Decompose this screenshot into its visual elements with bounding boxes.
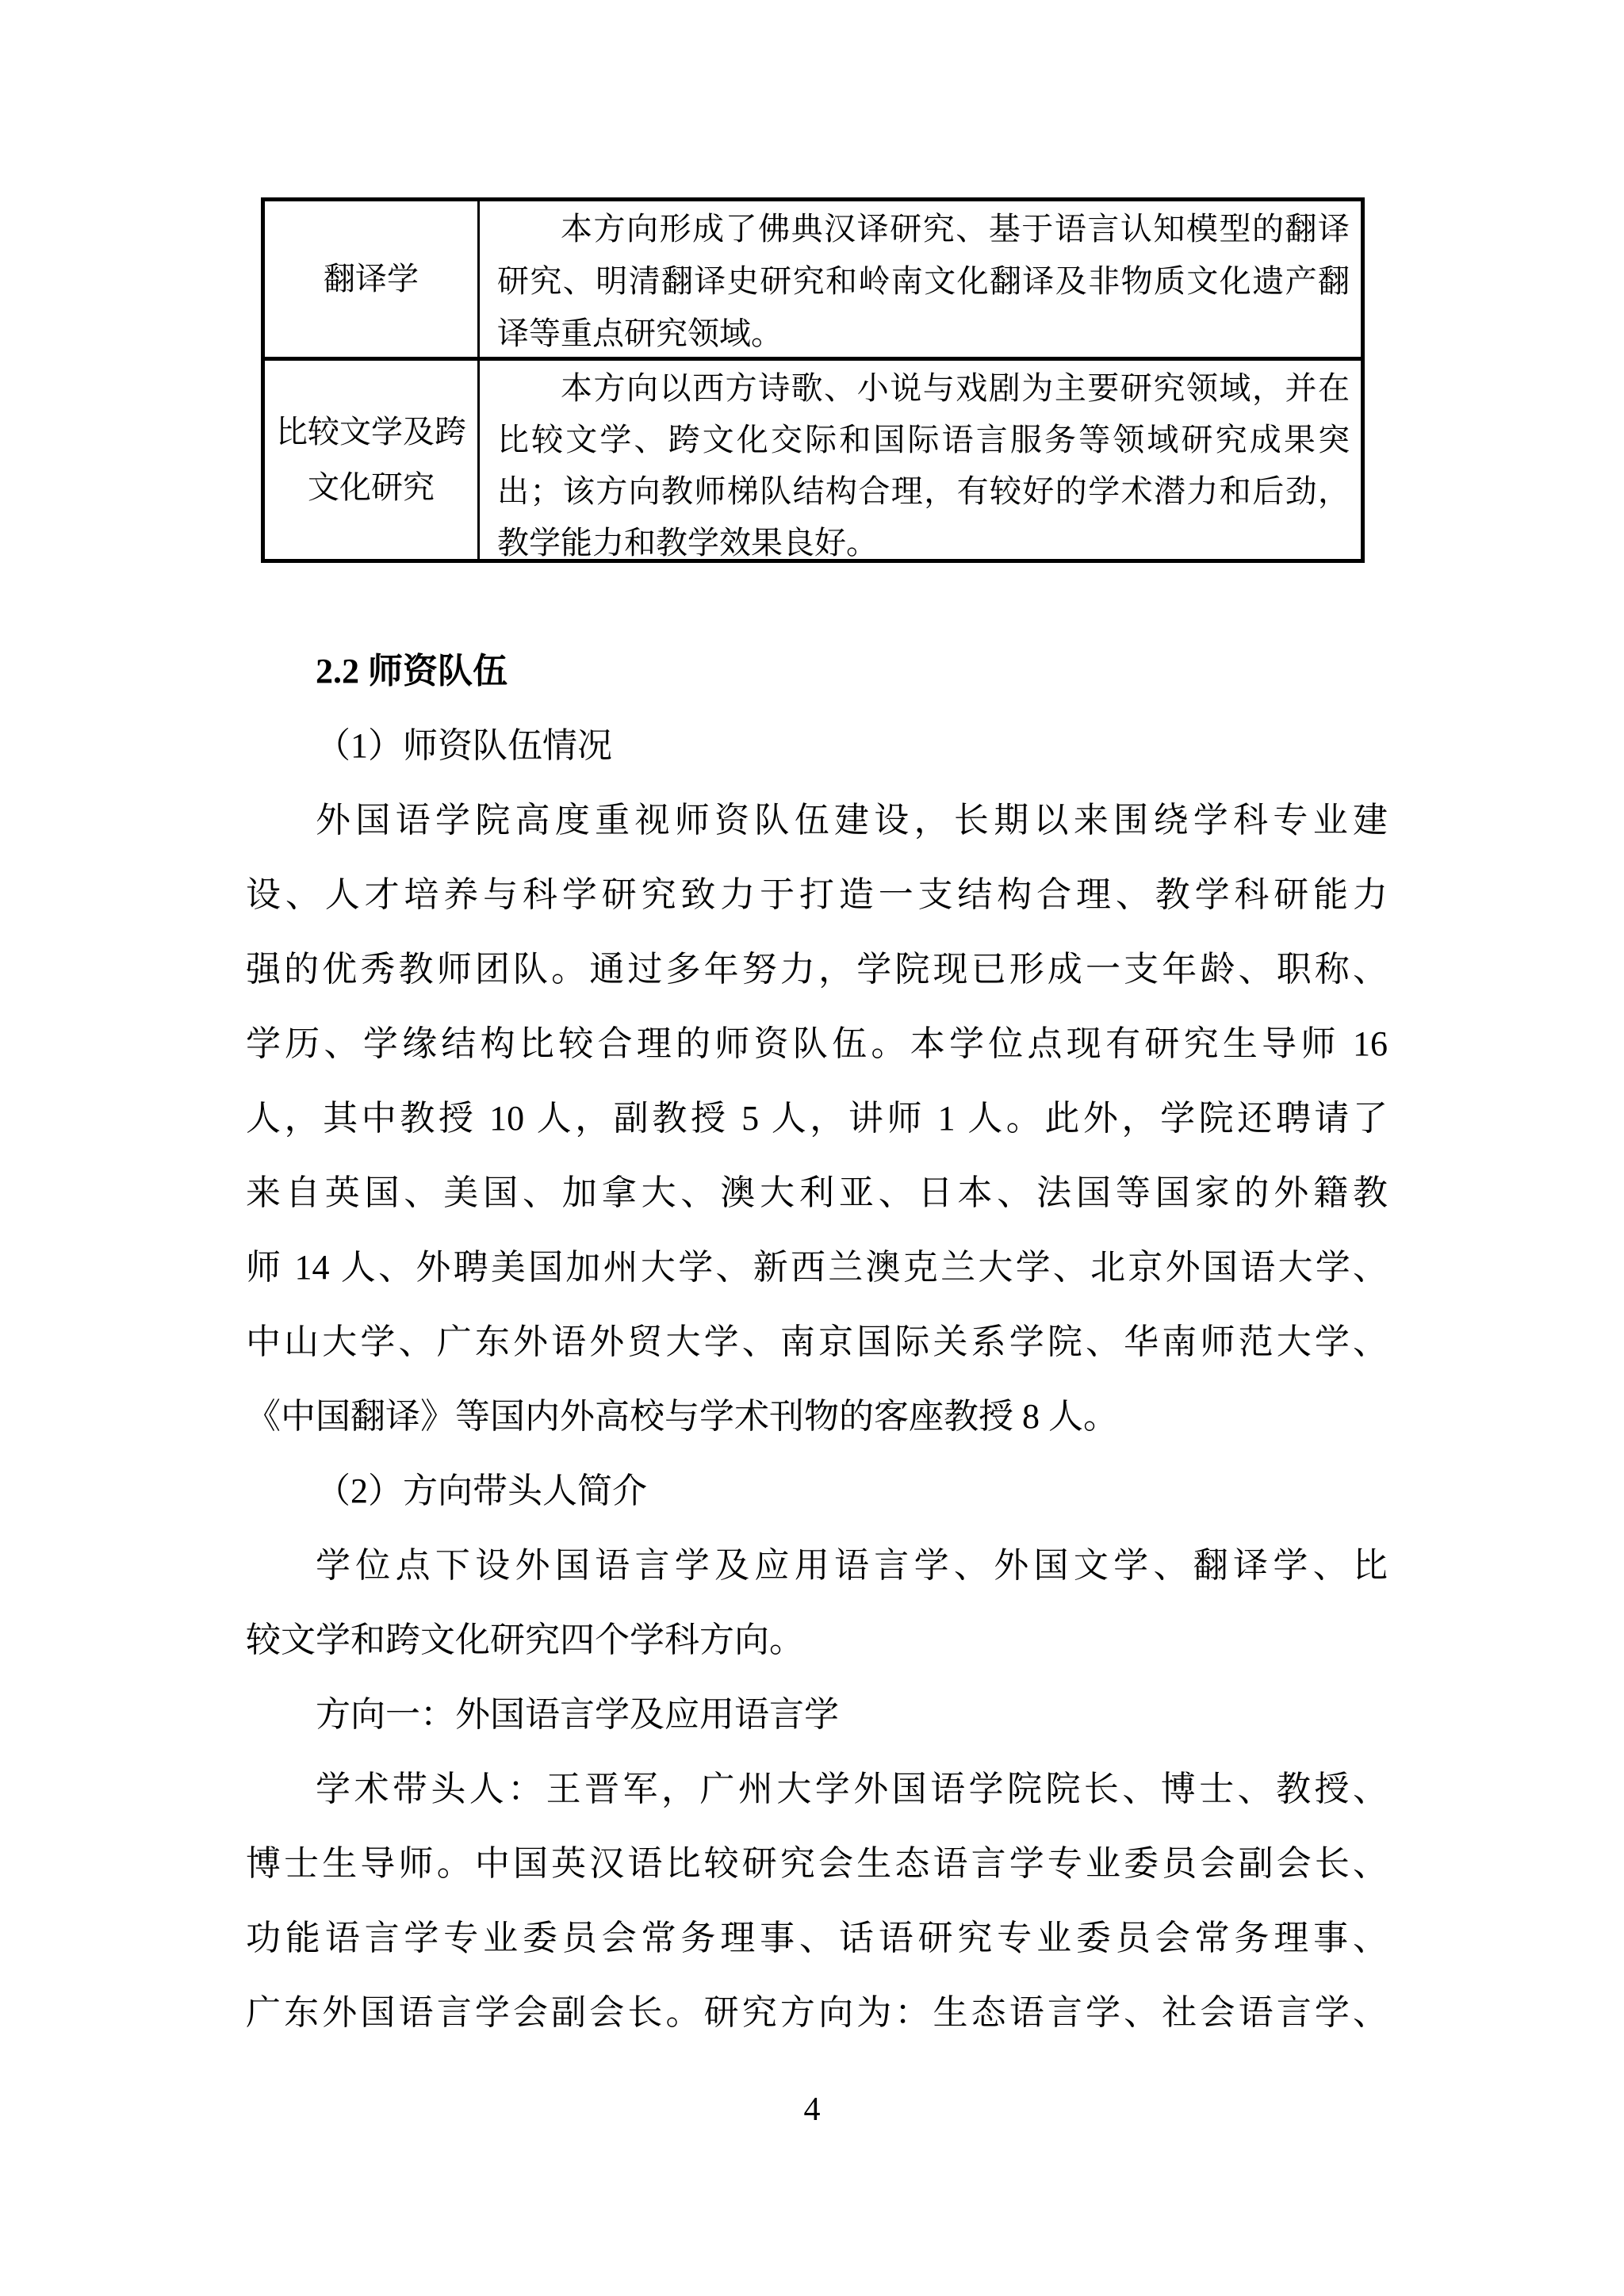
body-line: （1）师资队伍情况 (246, 709, 1388, 783)
direction-name-line: 文化研究 (308, 460, 435, 515)
body-line: 博士生导师。中国英汉语比较研究会生态语言学专业委员会副会长、 (246, 1827, 1388, 1901)
direction-description-cell: 本方向以西方诗歌、小说与戏剧为主要研究领域，并在比较文学、跨文化交际和国际语言服… (480, 361, 1361, 559)
description-line: 本方向形成了佛典汉译研究、基于语言认知模型的翻译 (497, 203, 1350, 255)
body-line: 学术带头人：王晋军，广州大学外国语学院院长、博士、教授、 (246, 1752, 1388, 1827)
research-directions-table: 翻译学 本方向形成了佛典汉译研究、基于语言认知模型的翻译研究、明清翻译史研究和岭… (261, 197, 1365, 563)
description-line: 本方向以西方诗歌、小说与戏剧为主要研究领域，并在 (497, 362, 1350, 414)
table-row: 比较文学及跨文化研究 本方向以西方诗歌、小说与戏剧为主要研究领域，并在比较文学、… (265, 361, 1361, 559)
document-page: 翻译学 本方向形成了佛典汉译研究、基于语言认知模型的翻译研究、明清翻译史研究和岭… (0, 0, 1624, 2296)
body-line: 学历、学缘结构比较合理的师资队伍。本学位点现有研究生导师 16 (246, 1007, 1388, 1081)
body-line: 人，其中教授 10 人，副教授 5 人，讲师 1 人。此外，学院还聘请了 (246, 1081, 1388, 1156)
body-line: 师 14 人、外聘美国加州大学、新西兰澳克兰大学、北京外国语大学、 (246, 1230, 1388, 1305)
description-line: 出；该方向教师梯队结构合理，有较好的学术潜力和后劲， (497, 465, 1350, 517)
description-line: 比较文学、跨文化交际和国际语言服务等领域研究成果突 (497, 414, 1350, 465)
body-line: 较文学和跨文化研究四个学科方向。 (246, 1603, 1388, 1678)
direction-name-line: 翻译学 (324, 251, 419, 307)
body-line: 功能语言学专业委员会常务理事、话语研究专业委员会常务理事、 (246, 1901, 1388, 1976)
body-line: 2.2 师资队伍 (246, 634, 1388, 709)
direction-name-cell: 比较文学及跨文化研究 (265, 361, 480, 559)
body-line: 中山大学、广东外语外贸大学、南京国际关系学院、华南师范大学、 (246, 1305, 1388, 1380)
description-line: 教学能力和教学效果良好。 (497, 517, 1350, 568)
body-line: 来自英国、美国、加拿大、澳大利亚、日本、法国等国家的外籍教 (246, 1156, 1388, 1230)
body-line: 方向一：外国语言学及应用语言学 (246, 1678, 1388, 1752)
page-number: 4 (0, 2093, 1624, 2126)
table-row: 翻译学 本方向形成了佛典汉译研究、基于语言认知模型的翻译研究、明清翻译史研究和岭… (265, 201, 1361, 361)
body-line: 强的优秀教师团队。通过多年努力，学院现已形成一支年龄、职称、 (246, 932, 1388, 1007)
description-line: 研究、明清翻译史研究和岭南文化翻译及非物质文化遗产翻 (497, 255, 1350, 308)
body-line: 设、人才培养与科学研究致力于打造一支结构合理、教学科研能力 (246, 858, 1388, 932)
body-line: 《中国翻译》等国内外高校与学术刊物的客座教授 8 人。 (246, 1380, 1388, 1454)
body-text: 2.2 师资队伍（1）师资队伍情况外国语学院高度重视师资队伍建设，长期以来围绕学… (246, 634, 1388, 2050)
direction-name-cell: 翻译学 (265, 201, 480, 357)
body-line: 学位点下设外国语言学及应用语言学、外国文学、翻译学、比 (246, 1529, 1388, 1603)
body-line: 广东外国语言学会副会长。研究方向为：生态语言学、社会语言学、 (246, 1976, 1388, 2050)
body-line: 外国语学院高度重视师资队伍建设，长期以来围绕学科专业建 (246, 783, 1388, 858)
direction-name-line: 比较文学及跨 (276, 404, 466, 460)
body-line: （2）方向带头人简介 (246, 1454, 1388, 1529)
description-line: 译等重点研究领域。 (497, 308, 1350, 360)
direction-description-cell: 本方向形成了佛典汉译研究、基于语言认知模型的翻译研究、明清翻译史研究和岭南文化翻… (480, 201, 1361, 357)
